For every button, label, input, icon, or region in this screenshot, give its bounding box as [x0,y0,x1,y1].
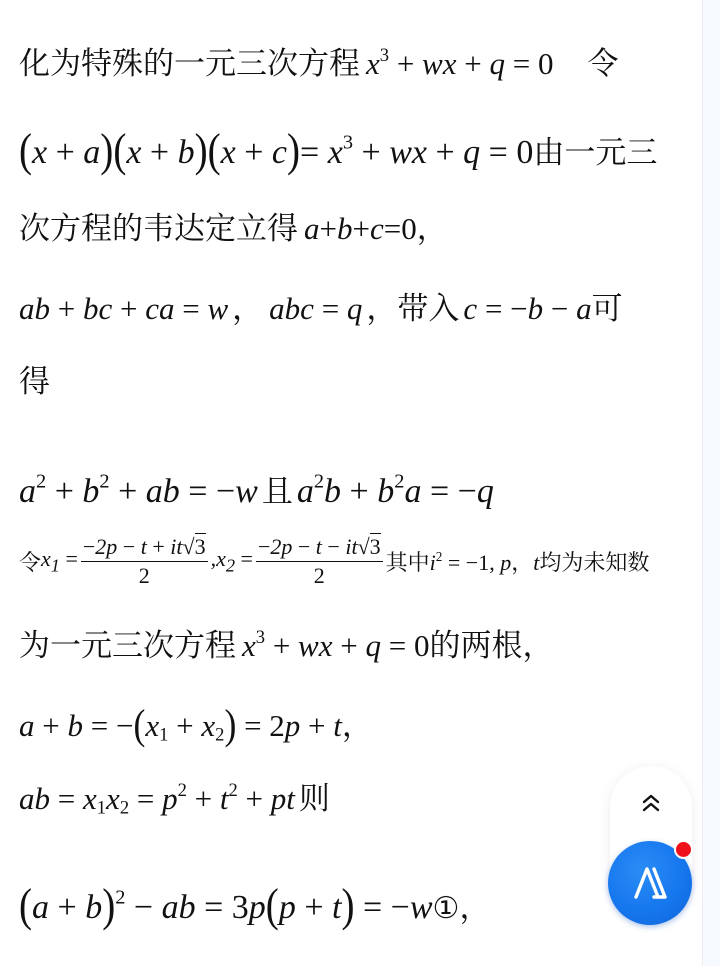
equation: ab + bc + ca = w [19,291,228,327]
text: 次方程的韦达定立得 [19,203,298,248]
equation: a2b + b2a = −q [297,473,494,511]
text: 且 [262,466,293,511]
text: 则 [299,773,330,818]
text: ， [459,882,490,927]
text: 令 [587,38,618,83]
equation: x3 + wx + q = 0 [242,628,429,664]
fraction: −2p − t + it√3 2 [81,535,208,588]
text-line-5: 得 [19,356,50,401]
text-line-4: ab + bc + ca = w ， abc = q ， 带入 c = −b −… [19,283,623,328]
text-line-6: a2 + b2 + ab = −w 且 a2b + b2a = −q [19,466,494,511]
equation: (x + a)(x + b)(x + c)= x3 + wx + q = 0 [19,128,533,173]
equation: ab = x1x2 = p2 + t2 + pt [19,781,295,817]
text-line-8: 为一元三次方程 x3 + wx + q = 0 的两根， [19,620,553,665]
text: 得 [19,356,50,401]
equation: abc = q [269,291,362,327]
text: 其中i2 = −1, p，t均为未知数 [386,546,650,577]
text: 可 [592,283,623,328]
separator: ， [366,283,397,328]
equation: x1 = [41,546,78,576]
text-line-10: ab = x1x2 = p2 + t2 + pt 则 [19,773,330,818]
text-line-2: (x + a)(x + b)(x + c)= x3 + wx + q = 0 由… [19,127,657,173]
text: ， [342,700,373,745]
circled-number: ① [433,891,460,926]
text: 的两根， [429,620,553,665]
equation: x3 + wx + q = 0 [366,46,553,82]
text: 化为特殊的一元三次方程 [19,38,360,83]
scroll-to-top-button[interactable] [630,782,672,824]
text: 令 [19,546,41,577]
equation: ,x2 = [211,546,253,576]
equation: a2 + b2 + ab = −w [19,473,258,511]
text: 带入 [397,283,459,328]
scrollbar-track[interactable] [702,0,720,966]
separator: ， [232,283,263,328]
text-line-7: 令 x1 = −2p − t + it√3 2 ,x2 = −2p − t − … [19,535,649,588]
text: 由一元三 [533,127,657,172]
equation: a+b+c=0 [304,211,417,247]
text-line-11: (a + b)2 − ab = 3p(p + t) = −w ① ， [19,882,490,928]
text-line-1: 化为特殊的一元三次方程 x3 + wx + q = 0 令 [19,38,618,83]
text: ， [417,203,448,248]
notification-badge [674,840,693,859]
text-line-3: 次方程的韦达定立得 a+b+c=0 ， [19,203,448,248]
equation: (a + b)2 − ab = 3p(p + t) = −w [19,883,433,928]
article-content: 化为特殊的一元三次方程 x3 + wx + q = 0 令 (x + a)(x … [0,0,700,966]
fraction: −2p − t − it√3 2 [256,535,383,588]
ai-assistant-icon [628,861,672,905]
equation: c = −b − a [463,291,591,327]
equation: a + b = −(x1 + x2) = 2p + t [19,703,342,745]
text: 为一元三次方程 [19,620,236,665]
double-chevron-up-icon [638,790,664,816]
text-line-9: a + b = −(x1 + x2) = 2p + t ， [19,700,373,745]
